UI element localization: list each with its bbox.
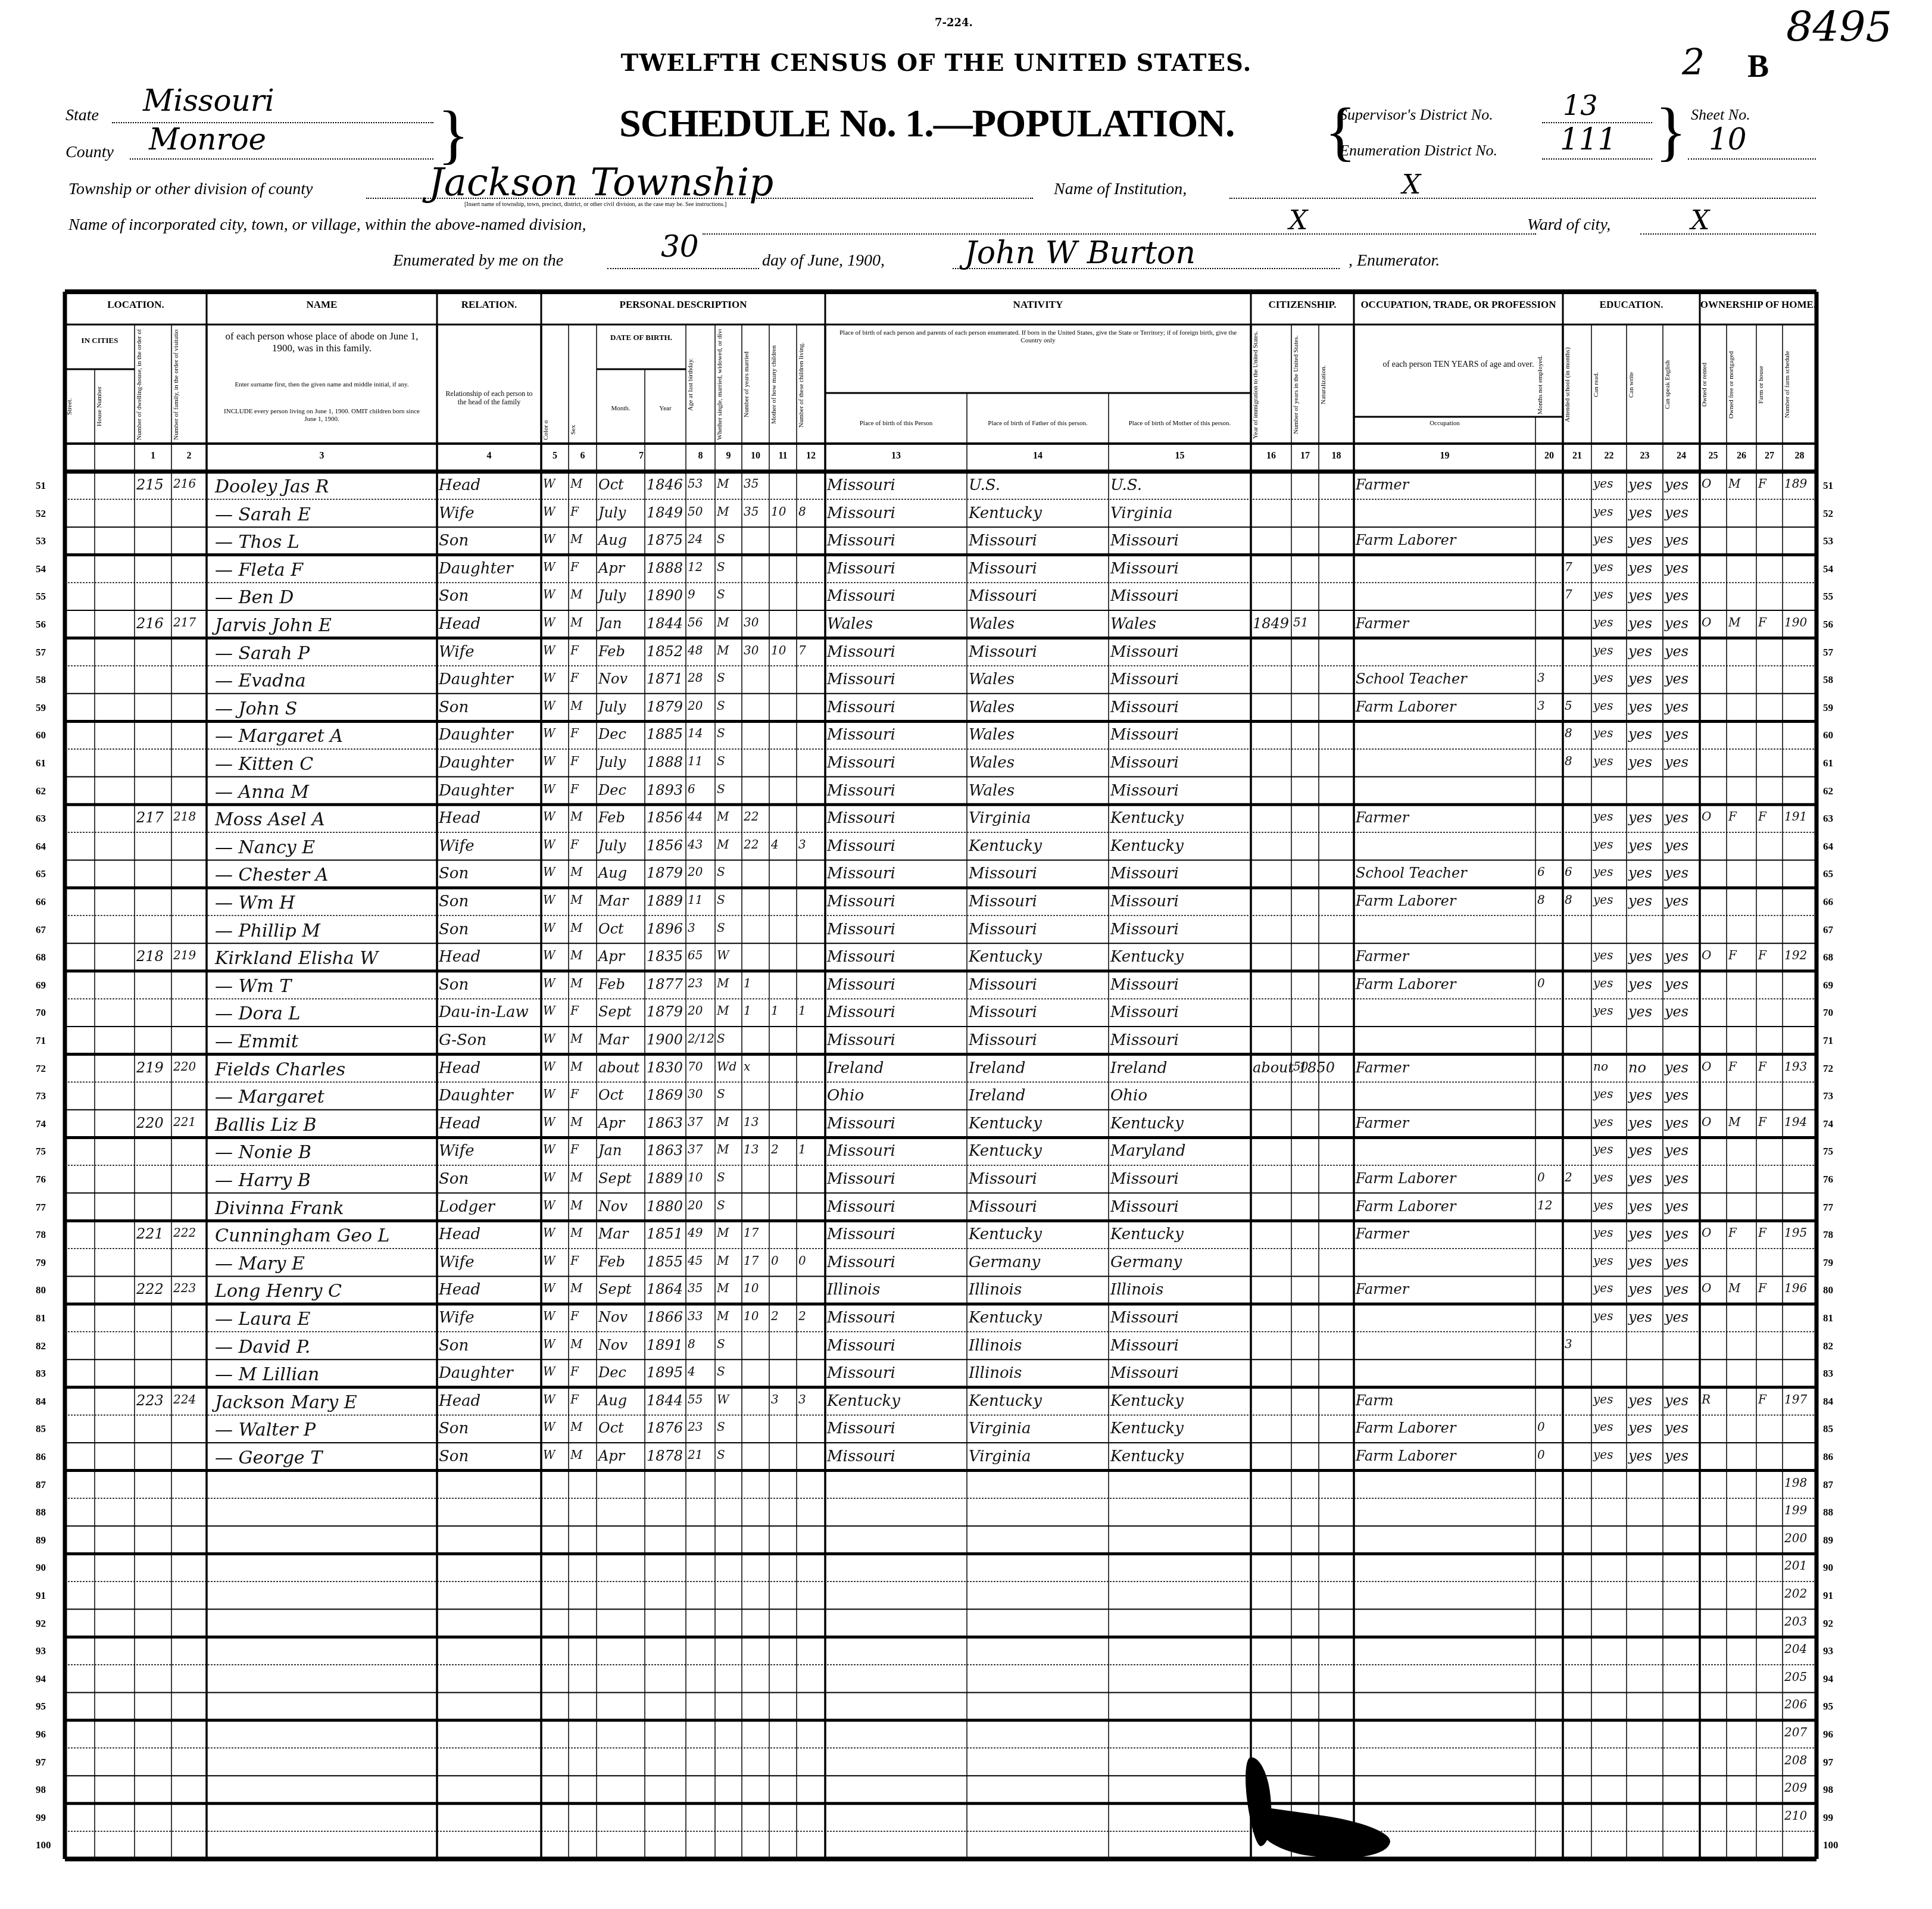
line-number-right: 100: [1823, 1839, 1839, 1851]
cell-month: Nov: [598, 1198, 628, 1215]
cell-birth_mother: Missouri: [1110, 587, 1179, 605]
archive-stamp-number: 8495: [1786, 2, 1892, 51]
cell-english: yes: [1665, 726, 1688, 743]
cell-farm_schedule: 208: [1784, 1753, 1807, 1767]
cell-marital: S: [717, 698, 725, 713]
cell-birth_mother: Kentucky: [1110, 1448, 1184, 1465]
cell-birth_mother: Missouri: [1110, 1003, 1179, 1021]
cell-write: yes: [1628, 1420, 1652, 1436]
column-number-month: 7: [597, 451, 686, 461]
cell-sex: M: [570, 809, 582, 824]
cell-relation: Head: [439, 1392, 480, 1410]
cell-age: 30: [688, 1087, 703, 1101]
cell-color: W: [543, 1337, 555, 1351]
cell-marital: M: [717, 976, 729, 990]
cell-age: 56: [688, 615, 703, 629]
line-number-right: 76: [1823, 1174, 1833, 1186]
line-number-left: 54: [36, 563, 46, 575]
column-number-age: 8: [686, 451, 715, 461]
line-number-left: 86: [36, 1451, 46, 1463]
cell-owned: O: [1702, 1225, 1711, 1240]
cell-write: yes: [1628, 476, 1652, 493]
cell-marital: S: [717, 1420, 725, 1434]
cell-color: W: [543, 893, 555, 907]
cell-farm_house: F: [1758, 1059, 1766, 1074]
cell-month: Dec: [598, 726, 626, 743]
cell-birth_mother: Germany: [1110, 1253, 1182, 1271]
cell-sex: M: [570, 1059, 582, 1074]
cell-birth_person: Missouri: [827, 504, 895, 522]
cell-marital: M: [717, 504, 729, 519]
cell-month: July: [598, 504, 626, 521]
cell-read: yes: [1593, 1087, 1613, 1101]
cell-read: yes: [1593, 1420, 1613, 1434]
cell-birth_mother: Missouri: [1110, 560, 1179, 578]
cell-name: — M Lillian: [215, 1364, 319, 1385]
cell-year: 1888: [647, 560, 683, 576]
cell-birth_father: Ireland: [969, 1059, 1025, 1077]
cell-write: yes: [1628, 976, 1652, 993]
cell-age: 48: [688, 643, 703, 657]
cell-relation: Head: [439, 1115, 480, 1133]
cell-color: W: [543, 782, 555, 796]
cell-sex: M: [570, 476, 582, 491]
cell-children_living: 8: [798, 504, 806, 519]
line-number-right: 96: [1823, 1729, 1833, 1740]
schedule-title: SCHEDULE No. 1.—POPULATION.: [619, 101, 1234, 146]
cell-birth_father: Kentucky: [969, 504, 1042, 522]
cell-birth_mother: Kentucky: [1110, 1420, 1184, 1437]
cell-color: W: [543, 1198, 555, 1212]
cell-name: — Nancy E: [215, 837, 315, 858]
nativity-description: Place of birth of each person and parent…: [831, 329, 1245, 344]
cell-family: 218: [173, 809, 196, 824]
cell-sex: M: [570, 921, 582, 935]
cell-year: 1889: [647, 893, 683, 909]
cell-sex: F: [570, 1309, 579, 1323]
cell-mortgage: F: [1728, 948, 1737, 962]
cell-color: W: [543, 1281, 555, 1295]
cell-year: 1869: [647, 1087, 683, 1103]
cell-sex: M: [570, 1115, 582, 1129]
column-group-ownership: OWNERSHIP OF HOME.: [1700, 299, 1816, 311]
cell-english: yes: [1665, 1448, 1688, 1464]
cell-birth_person: Missouri: [827, 1115, 895, 1133]
cell-write: yes: [1628, 587, 1652, 604]
cell-color: W: [543, 476, 555, 491]
enumerator-signature[interactable]: John W Burton: [965, 235, 1196, 271]
city-value[interactable]: X: [1289, 205, 1307, 236]
cell-english: yes: [1665, 1115, 1688, 1131]
column-group-education: EDUCATION.: [1563, 299, 1700, 311]
cell-month: July: [598, 837, 626, 854]
cell-english: yes: [1665, 754, 1688, 771]
cell-farm_schedule: 190: [1784, 615, 1807, 629]
cell-birth_mother: Wales: [1110, 615, 1156, 633]
state-value[interactable]: Missouri: [143, 83, 274, 118]
column-header-dwelling: Number of dwelling-house, in the order o…: [136, 329, 170, 440]
cell-color: W: [543, 754, 555, 768]
cell-name: — Kitten C: [215, 754, 313, 775]
cell-birth_mother: Kentucky: [1110, 837, 1184, 855]
column-group-personal: PERSONAL DESCRIPTION: [541, 299, 825, 311]
cell-write: yes: [1628, 670, 1652, 687]
cell-age: 53: [688, 476, 703, 491]
column-header-age: Age at last birthday.: [687, 329, 714, 440]
cell-read: yes: [1593, 726, 1613, 740]
relation-description: Relationship of each person to the head …: [443, 390, 535, 407]
cell-write: yes: [1628, 1225, 1652, 1242]
cell-occupation: Farmer: [1356, 1225, 1409, 1242]
cell-occupation: Farm Laborer: [1356, 532, 1456, 548]
cell-family: 220: [173, 1059, 196, 1074]
cell-sex: M: [570, 976, 582, 990]
column-header-naturalization: Naturalization.: [1320, 329, 1353, 440]
column-header-farm_schedule: Number of farm schedule: [1784, 329, 1815, 440]
cell-marital: M: [717, 615, 729, 629]
cell-year: 1851: [647, 1225, 683, 1242]
cell-birth_father: Kentucky: [969, 1225, 1042, 1243]
township-value[interactable]: Jackson Township: [429, 161, 773, 205]
cell-month: Dec: [598, 1364, 626, 1381]
cell-month: about: [598, 1059, 639, 1076]
cell-farm_house: F: [1758, 476, 1766, 491]
cell-color: W: [543, 1309, 555, 1323]
cell-write: yes: [1628, 1170, 1652, 1187]
column-number-years_us: 17: [1291, 451, 1319, 461]
line-number-right: 55: [1823, 591, 1833, 603]
cell-write: yes: [1628, 504, 1652, 521]
city-line: [703, 233, 1536, 235]
cell-year: 1871: [647, 670, 683, 687]
column-header-marital: Whether single, married, widowed, or div…: [716, 329, 741, 440]
cell-birth_person: Ireland: [827, 1059, 884, 1077]
cell-age: 43: [688, 837, 703, 851]
cell-read: yes: [1593, 1003, 1613, 1018]
cell-sex: M: [570, 587, 582, 601]
cell-birth_father: Ireland: [969, 1087, 1025, 1105]
cell-name: — Mary E: [215, 1253, 305, 1274]
cell-write: yes: [1628, 615, 1652, 632]
column-header-street: Street.: [66, 373, 93, 440]
cell-color: W: [543, 1420, 555, 1434]
cell-marital: S: [717, 754, 725, 768]
cell-year: 1852: [647, 643, 683, 660]
cell-birth_father: Missouri: [969, 893, 1037, 910]
cell-write: yes: [1628, 1281, 1652, 1297]
ward-value[interactable]: X: [1691, 205, 1709, 236]
cell-birth_mother: Missouri: [1110, 643, 1179, 661]
line-number-left: 65: [36, 868, 46, 880]
cell-name: — Margaret: [215, 1087, 324, 1108]
cell-farm_schedule: 206: [1784, 1697, 1807, 1711]
cell-birth_father: Illinois: [969, 1337, 1022, 1355]
cell-children_living: 1: [798, 1003, 806, 1018]
cell-color: W: [543, 1059, 555, 1074]
cell-name: — Thos L: [215, 532, 299, 553]
cell-relation: Son: [439, 532, 469, 550]
line-number-right: 79: [1823, 1257, 1833, 1269]
cell-sex: M: [570, 1281, 582, 1295]
cell-relation: Head: [439, 809, 480, 827]
cell-name: Dooley Jas R: [215, 476, 329, 497]
cell-birth_mother: Maryland: [1110, 1142, 1185, 1160]
cell-year: 1866: [647, 1309, 683, 1325]
cell-occupation: School Teacher: [1356, 670, 1467, 687]
enumeration-value[interactable]: 111: [1560, 122, 1616, 157]
cell-marital: S: [717, 1337, 725, 1351]
cell-name: Kirkland Elisha W: [215, 948, 378, 969]
cell-birth_father: Illinois: [969, 1281, 1022, 1299]
cell-color: W: [543, 698, 555, 713]
cell-marital: M: [717, 1309, 729, 1323]
line-number-right: 58: [1823, 674, 1833, 686]
line-number-left: 61: [36, 757, 46, 769]
cell-age: 8: [688, 1337, 695, 1351]
cell-birth_father: Missouri: [969, 532, 1037, 550]
column-number-english: 24: [1663, 451, 1700, 461]
line-number-right: 83: [1823, 1368, 1833, 1380]
cell-english: yes: [1665, 1198, 1688, 1215]
cell-owned: O: [1702, 1281, 1711, 1295]
cell-year: 1844: [647, 615, 683, 632]
cell-age: 23: [688, 1420, 703, 1434]
cell-marital: S: [717, 782, 725, 796]
cell-read: yes: [1593, 476, 1613, 491]
cell-birth_person: Missouri: [827, 1170, 895, 1188]
cell-mother_of: 10: [771, 504, 786, 519]
cell-farm_schedule: 192: [1784, 948, 1807, 962]
cell-marital: M: [717, 1115, 729, 1129]
cell-school: 8: [1565, 726, 1572, 740]
cell-name: — Harry B: [215, 1170, 311, 1191]
column-header-read: Can read.: [1593, 329, 1625, 440]
cell-relation: Wife: [439, 837, 475, 855]
line-number-right: 91: [1823, 1590, 1833, 1602]
cell-birth_person: Missouri: [827, 698, 895, 716]
cell-english: yes: [1665, 1253, 1688, 1270]
line-number-right: 54: [1823, 563, 1833, 575]
cell-name: — Evadna: [215, 670, 306, 691]
cell-year: 1864: [647, 1281, 683, 1297]
line-number-left: 73: [36, 1090, 46, 1102]
cell-birth_father: Kentucky: [969, 1142, 1042, 1160]
cell-years_married: 35: [744, 504, 759, 519]
cell-farm_schedule: 189: [1784, 476, 1807, 491]
cell-birth_person: Missouri: [827, 1031, 895, 1049]
line-number-right: 72: [1823, 1063, 1833, 1075]
line-number-right: 95: [1823, 1701, 1833, 1713]
cell-month: July: [598, 587, 626, 604]
cell-sex: M: [570, 1225, 582, 1240]
cell-english: yes: [1665, 587, 1688, 604]
cell-english: yes: [1665, 670, 1688, 687]
line-number-right: 86: [1823, 1451, 1833, 1463]
cell-birth_person: Missouri: [827, 670, 895, 688]
county-value[interactable]: Monroe: [149, 122, 266, 157]
cell-name: — Margaret A: [215, 726, 343, 747]
cell-sex: F: [570, 670, 579, 685]
cell-english: yes: [1665, 865, 1688, 881]
cell-birth_person: Missouri: [827, 476, 895, 494]
cell-marital: M: [717, 643, 729, 657]
cell-color: W: [543, 1225, 555, 1240]
cell-marital: S: [717, 1364, 725, 1378]
line-number-right: 98: [1823, 1784, 1833, 1796]
cell-year: 1896: [647, 921, 683, 937]
cell-birth_person: Missouri: [827, 1198, 895, 1216]
column-number-mortgage: 26: [1727, 451, 1756, 461]
cell-birth_father: Wales: [969, 782, 1015, 800]
cell-write: yes: [1628, 1142, 1652, 1159]
column-header-mother_of: Mother of how many children: [770, 329, 795, 440]
cell-years_married: 17: [744, 1253, 759, 1268]
cell-years_married: 13: [744, 1115, 759, 1129]
cell-birth_father: Wales: [969, 698, 1015, 716]
column-header-months_unemployed: Months not employed.: [1537, 329, 1562, 440]
column-header-mortgage: Owned free or mortgaged: [1728, 329, 1755, 440]
cell-relation: Son: [439, 1420, 469, 1437]
cell-month: July: [598, 754, 626, 771]
cell-birth_mother: U.S.: [1110, 476, 1142, 494]
cell-birth_father: Missouri: [969, 976, 1037, 994]
cell-read: yes: [1593, 809, 1613, 824]
cell-birth_father: Missouri: [969, 1198, 1037, 1216]
cell-name: — Sarah E: [215, 504, 311, 525]
cell-dwelling: 221: [136, 1225, 164, 1242]
line-number-left: 71: [36, 1035, 46, 1047]
cell-age: 20: [688, 1003, 703, 1018]
cell-read: yes: [1593, 1115, 1613, 1129]
cell-birth_person: Ohio: [827, 1087, 864, 1105]
line-number-right: 80: [1823, 1284, 1833, 1296]
township-note: [Insert name of township, town, precinct…: [464, 201, 726, 208]
line-number-right: 93: [1823, 1645, 1833, 1657]
cell-sex: M: [570, 865, 582, 879]
cell-birth_mother: Ireland: [1110, 1059, 1167, 1077]
line-number-left: 56: [36, 619, 46, 631]
cell-years_married: 30: [744, 615, 759, 629]
cell-dwelling: 219: [136, 1059, 164, 1076]
cell-month: Mar: [598, 893, 628, 909]
institution-value[interactable]: X: [1402, 170, 1421, 200]
enumerated-day[interactable]: 30: [661, 229, 699, 264]
line-number-left: 69: [36, 980, 46, 991]
cell-color: W: [543, 1031, 555, 1046]
cell-months_unemployed: 0: [1537, 1170, 1545, 1184]
enumerated-day-line: [607, 268, 759, 269]
line-number-left: 58: [36, 674, 46, 686]
cell-age: 11: [688, 754, 703, 768]
cell-relation: Wife: [439, 504, 475, 522]
cell-years_married: 10: [744, 1281, 759, 1295]
column-number-relation: 4: [437, 451, 541, 461]
cell-read: yes: [1593, 587, 1613, 601]
cell-english: yes: [1665, 1003, 1688, 1020]
cell-sex: M: [570, 1448, 582, 1462]
line-number-left: 63: [36, 813, 46, 825]
county-line: [130, 158, 433, 160]
cell-name: Fields Charles: [215, 1059, 345, 1080]
cell-birth_person: Missouri: [827, 1225, 895, 1243]
cell-birth_father: Missouri: [969, 921, 1037, 938]
cell-name: — David P.: [215, 1337, 310, 1358]
cell-sex: F: [570, 837, 579, 851]
line-number-right: 92: [1823, 1618, 1833, 1630]
cell-birth_person: Missouri: [827, 1253, 895, 1271]
line-number-left: 55: [36, 591, 46, 603]
cell-birth_father: Missouri: [969, 865, 1037, 882]
cell-school: 5: [1565, 698, 1572, 713]
page-mark: 2: [1682, 42, 1705, 83]
cell-english: yes: [1665, 948, 1688, 965]
cell-read: yes: [1593, 698, 1613, 713]
line-number-right: 71: [1823, 1035, 1833, 1047]
cell-marital: S: [717, 1198, 725, 1212]
line-number-left: 77: [36, 1202, 46, 1214]
cell-sex: F: [570, 1364, 579, 1378]
cell-farm_house: F: [1758, 1115, 1766, 1129]
cell-birth_father: Missouri: [969, 1003, 1037, 1021]
brace-left: }: [438, 101, 469, 167]
cell-mother_of: 0: [771, 1253, 779, 1268]
cell-write: yes: [1628, 1392, 1652, 1409]
cell-sex: M: [570, 1031, 582, 1046]
cell-month: Feb: [598, 643, 625, 660]
cell-english: yes: [1665, 1309, 1688, 1325]
column-header-write: Can write: [1628, 329, 1662, 440]
cell-month: Apr: [598, 1115, 625, 1131]
cell-farm_schedule: 207: [1784, 1725, 1807, 1739]
cell-write: yes: [1628, 698, 1652, 715]
cell-age: 45: [688, 1253, 703, 1268]
cell-age: 37: [688, 1142, 703, 1156]
cell-years_married: 13: [744, 1142, 759, 1156]
cell-month: Feb: [598, 976, 625, 993]
name-instruction-2: INCLUDE every person living on June 1, 1…: [219, 408, 425, 423]
cell-mother_of: 1: [771, 1003, 779, 1018]
line-number-right: 57: [1823, 647, 1833, 659]
cell-read: yes: [1593, 1281, 1613, 1295]
cell-month: Sept: [598, 1170, 632, 1187]
cell-age: 55: [688, 1392, 703, 1406]
supervisor-value[interactable]: 13: [1563, 89, 1598, 121]
cell-read: yes: [1593, 948, 1613, 962]
cell-birth_person: Missouri: [827, 1337, 895, 1355]
column-header-children_living: Number of these children living.: [798, 329, 824, 440]
cell-year: 1890: [647, 587, 683, 604]
cell-color: W: [543, 865, 555, 879]
column-number-children_living: 12: [797, 451, 825, 461]
cell-occupation: Farm Laborer: [1356, 698, 1456, 715]
cell-dwelling: 222: [136, 1281, 164, 1297]
cell-months_unemployed: 0: [1537, 976, 1545, 990]
line-number-left: 88: [36, 1506, 46, 1518]
cell-birth_father: Virginia: [969, 1448, 1031, 1465]
cell-sex: M: [570, 1420, 582, 1434]
cell-relation: Head: [439, 948, 480, 966]
cell-english: yes: [1665, 809, 1688, 826]
cell-age: 49: [688, 1225, 703, 1240]
cell-occupation: Farmer: [1356, 615, 1409, 632]
ink-blot-tail: [1257, 1807, 1393, 1867]
sheet-value[interactable]: 10: [1709, 122, 1747, 157]
cell-age: 20: [688, 1198, 703, 1212]
column-header-occupation: Occupation: [1356, 420, 1533, 428]
cell-sex: M: [570, 532, 582, 546]
line-number-left: 76: [36, 1174, 46, 1186]
cell-birth_person: Missouri: [827, 1420, 895, 1437]
